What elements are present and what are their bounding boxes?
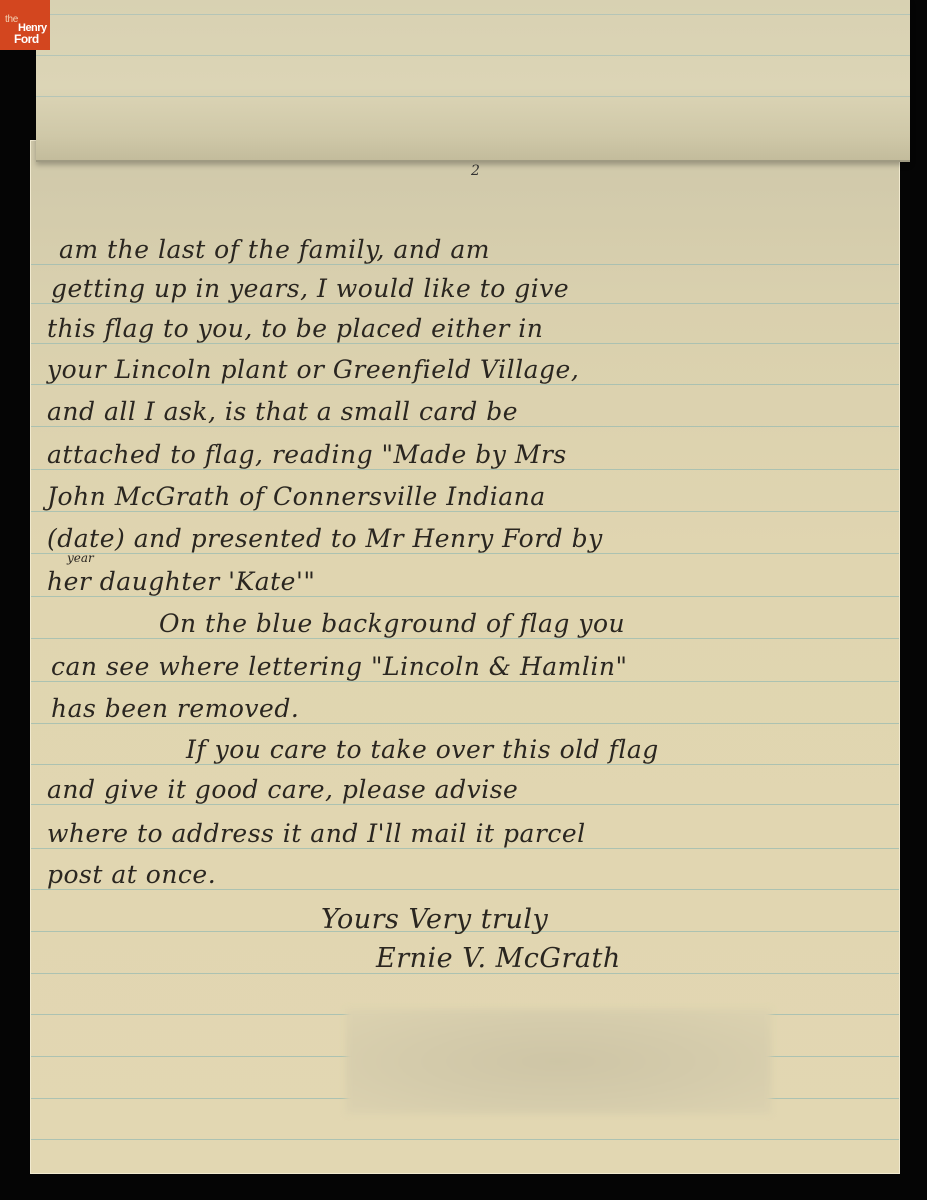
letter-line: am the last of the family, and am <box>59 235 490 264</box>
ruled-line <box>31 1139 899 1140</box>
ruled-line <box>31 596 899 597</box>
ruled-line <box>36 14 910 15</box>
letter-line: getting up in years, I would like to giv… <box>51 274 569 303</box>
letter-closing: Yours Very truly <box>321 904 548 935</box>
ruled-line <box>31 638 899 639</box>
letter-line: On the blue background of flag you <box>159 609 625 638</box>
ruled-line <box>31 469 899 470</box>
ruled-line <box>36 55 910 56</box>
ruled-line <box>31 264 899 265</box>
letter-line: (date) and presented to Mr Henry Ford by <box>47 524 603 553</box>
ruled-line <box>31 303 899 304</box>
ruled-line <box>36 96 910 97</box>
letter-line: her daughter 'Kate'" <box>47 567 315 596</box>
letter-line: has been removed. <box>51 694 299 723</box>
logo-the: the <box>5 14 18 25</box>
letter-line: can see where lettering "Lincoln & Hamli… <box>51 652 627 681</box>
letter-line: attached to flag, reading "Made by Mrs <box>47 440 567 469</box>
letter-signature: Ernie V. McGrath <box>376 943 621 974</box>
letter-line: and give it good care, please advise <box>47 775 518 804</box>
letter-line: John McGrath of Connersville Indiana <box>47 482 546 511</box>
letter-line: where to address it and I'll mail it par… <box>47 819 586 848</box>
ruled-line <box>31 848 899 849</box>
ruled-line <box>31 804 899 805</box>
letter-line: this flag to you, to be placed either in <box>47 314 543 343</box>
folded-previous-page <box>36 0 910 162</box>
ruled-line <box>31 426 899 427</box>
letter-line: your Lincoln plant or Greenfield Village… <box>47 355 579 384</box>
ruled-line <box>31 553 899 554</box>
logo-ford: Ford <box>14 32 39 46</box>
page-number: 2 <box>471 163 480 179</box>
ruled-line <box>31 384 899 385</box>
letter-page: 2 am the last of the family, and am gett… <box>30 140 900 1174</box>
ruled-line <box>31 889 899 890</box>
ruled-line <box>31 764 899 765</box>
ruled-line <box>31 511 899 512</box>
redacted-region <box>346 1009 771 1114</box>
letter-line: post at once. <box>47 860 216 889</box>
ruled-line <box>31 723 899 724</box>
ruled-line <box>31 343 899 344</box>
letter-line: and all I ask, is that a small card be <box>47 397 518 426</box>
letter-line: If you care to take over this old flag <box>186 735 659 764</box>
interlinear-note: year <box>67 551 94 565</box>
henry-ford-logo: the Henry Ford <box>0 0 50 50</box>
ruled-line <box>31 681 899 682</box>
